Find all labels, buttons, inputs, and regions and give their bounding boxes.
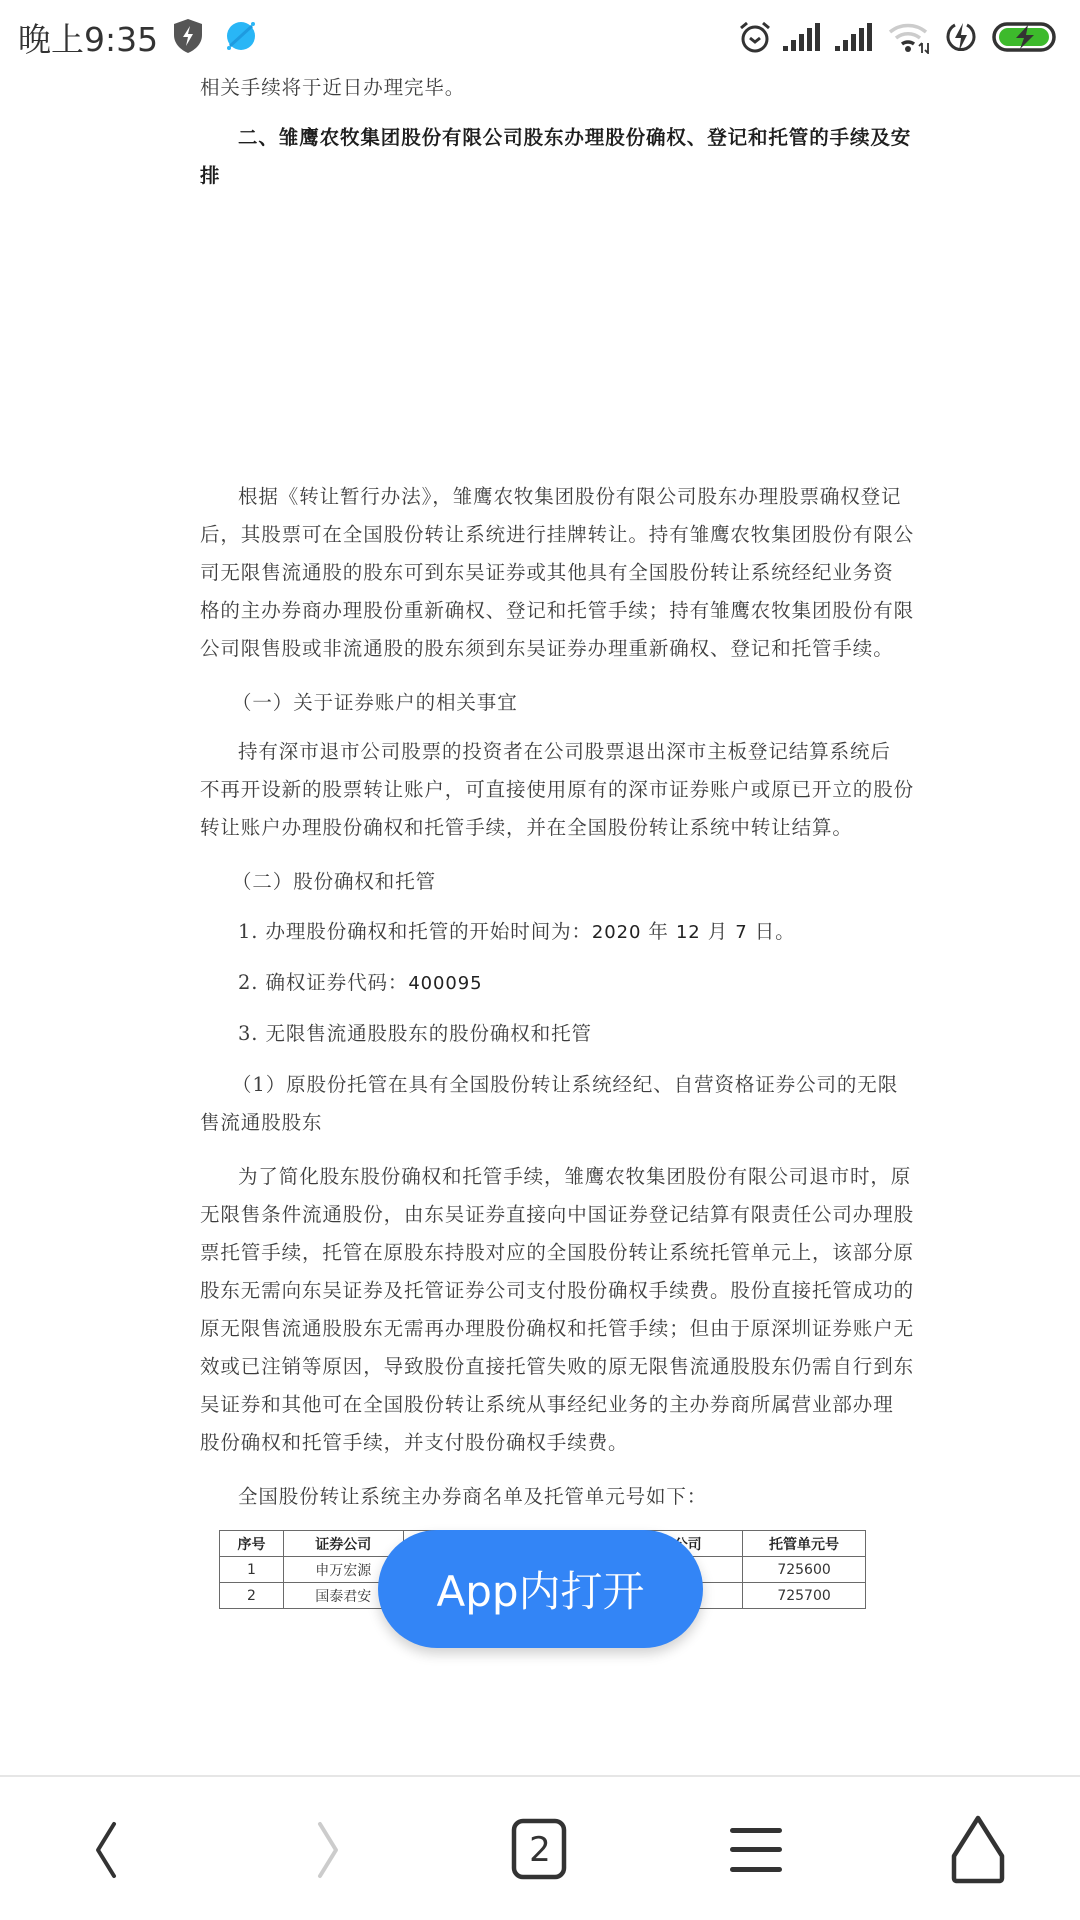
battery-charging-icon [992, 22, 1058, 56]
status-bar: 晚上9:35 [0, 0, 1080, 75]
subheading-1: （一）关于证券账户的相关事宜 [232, 691, 922, 715]
paragraph-line: 司无限售流通股的股东可到东吴证券或其他具有全国股份转让系统经纪业务资 [200, 561, 884, 585]
paragraph-line: 转让账户办理股份确权和托管手续，并在全国股份转让系统中转让结算。 [200, 816, 890, 840]
paragraph-line: 根据《转让暂行办法》，雏鹰农牧集团股份有限公司股东办理股票确权登记 [238, 485, 884, 509]
wifi-icon [888, 20, 932, 58]
paragraph-line: 票托管手续，托管在原股东持股对应的全国股份转让系统托管单元上，该部分原 [200, 1241, 884, 1265]
shield-bolt-icon [172, 18, 204, 58]
doc-line: 相关手续将于近日办理完毕。 [200, 76, 890, 100]
section-heading: 二、雏鹰农牧集团股份有限公司股东办理股份确权、登记和托管的手续及安 [238, 126, 884, 150]
power-saver-icon [944, 20, 978, 58]
open-in-app-label: App内打开 [436, 1559, 644, 1619]
tabs-button[interactable]: 2 [470, 1777, 610, 1920]
cell-index: 1 [220, 1557, 284, 1583]
item-security-code: 2. 确权证券代码：400095 [238, 971, 928, 996]
paragraph-line: 无限售条件流通股份，由东吴证券直接向中国证券登记结算有限责任公司办理股 [200, 1203, 884, 1227]
paragraph-line: 为了简化股东股份确权和托管手续，雏鹰农牧集团股份有限公司退市时，原 [238, 1165, 884, 1189]
forward-button[interactable] [258, 1777, 398, 1920]
item-label: 1. 办理股份确权和托管的开始时间为： [238, 920, 592, 943]
section-heading-cont: 排 [200, 164, 890, 188]
paragraph-line: 持有深市退市公司股票的投资者在公司股票退出深市主板登记结算系统后 [238, 740, 884, 764]
signal-sim1-icon [782, 22, 822, 56]
month-unit: 月 [701, 920, 736, 943]
header-broker: 证券公司 [283, 1531, 403, 1557]
header-index: 序号 [220, 1531, 284, 1557]
paragraph-line: 后，其股票可在全国股份转让系统进行挂牌转让。持有雏鹰农牧集团股份有限公 [200, 523, 884, 547]
cell-unit: 725700 [743, 1583, 866, 1609]
home-icon [946, 1815, 1010, 1885]
subheading-2: （二）股份确权和托管 [232, 870, 922, 894]
day-value: 7 [735, 922, 747, 943]
cell-index: 2 [220, 1583, 284, 1609]
browser-app-icon [224, 19, 258, 57]
item-start-date: 1. 办理股份确权和托管的开始时间为：2020 年 12 月 7 日。 [238, 920, 928, 945]
paragraph-line: 效或已注销等原因，导致股份直接托管失败的原无限售流通股股东仍需自行到东 [200, 1355, 884, 1379]
sub-item-1: （1）原股份托管在具有全国股份转让系统经纪、自营资格证券公司的无限 [232, 1073, 884, 1097]
menu-button[interactable] [686, 1777, 826, 1920]
back-button[interactable] [36, 1777, 176, 1920]
sub-item-1-cont: 售流通股股东 [200, 1111, 890, 1135]
header-unit: 托管单元号 [743, 1531, 866, 1557]
month-value: 12 [676, 922, 701, 943]
item-3: 3. 无限售流通股股东的股份确权和托管 [238, 1022, 928, 1046]
cell-unit: 725600 [743, 1557, 866, 1583]
signal-sim2-icon [834, 22, 874, 56]
paragraph-line: 股东无需向东吴证券及托管证券公司支付股份确权手续费。股份直接托管成功的 [200, 1279, 884, 1303]
paragraph-line: 公司限售股或非流通股的股东须到东吴证券办理重新确权、登记和托管手续。 [200, 637, 890, 661]
paragraph-line: 原无限售流通股股东无需再办理股份确权和托管手续；但由于原深圳证券账户无 [200, 1317, 884, 1341]
hamburger-menu-icon [728, 1825, 784, 1875]
status-time: 晚上9:35 [18, 14, 158, 61]
paragraph-line: 吴证券和其他可在全国股份转让系统从事经纪业务的主办券商所属营业部办理 [200, 1393, 884, 1417]
paragraph-line: 股份确权和托管手续，并支付股份确权手续费。 [200, 1431, 890, 1455]
year-value: 2020 [592, 922, 641, 943]
paragraph-line: 格的主办券商办理股份重新确权、登记和托管手续；持有雏鹰农牧集团股份有限 [200, 599, 884, 623]
chevron-left-icon [88, 1820, 124, 1880]
browser-bottom-nav: 2 [0, 1775, 1080, 1920]
day-unit: 日。 [748, 920, 796, 943]
table-caption: 全国股份转让系统主办券商名单及托管单元号如下： [238, 1485, 928, 1509]
home-button[interactable] [908, 1777, 1048, 1920]
open-in-app-button[interactable]: App内打开 [378, 1530, 703, 1648]
item-label: 2. 确权证券代码： [238, 971, 408, 994]
security-code: 400095 [408, 973, 482, 994]
paragraph-line: 不再开设新的股票转让账户，可直接使用原有的深市证券账户或原已开立的股份 [200, 778, 884, 802]
chevron-right-icon [310, 1820, 346, 1880]
year-unit: 年 [641, 920, 676, 943]
alarm-icon [737, 19, 773, 59]
tabs-count: 2 [470, 1777, 610, 1920]
